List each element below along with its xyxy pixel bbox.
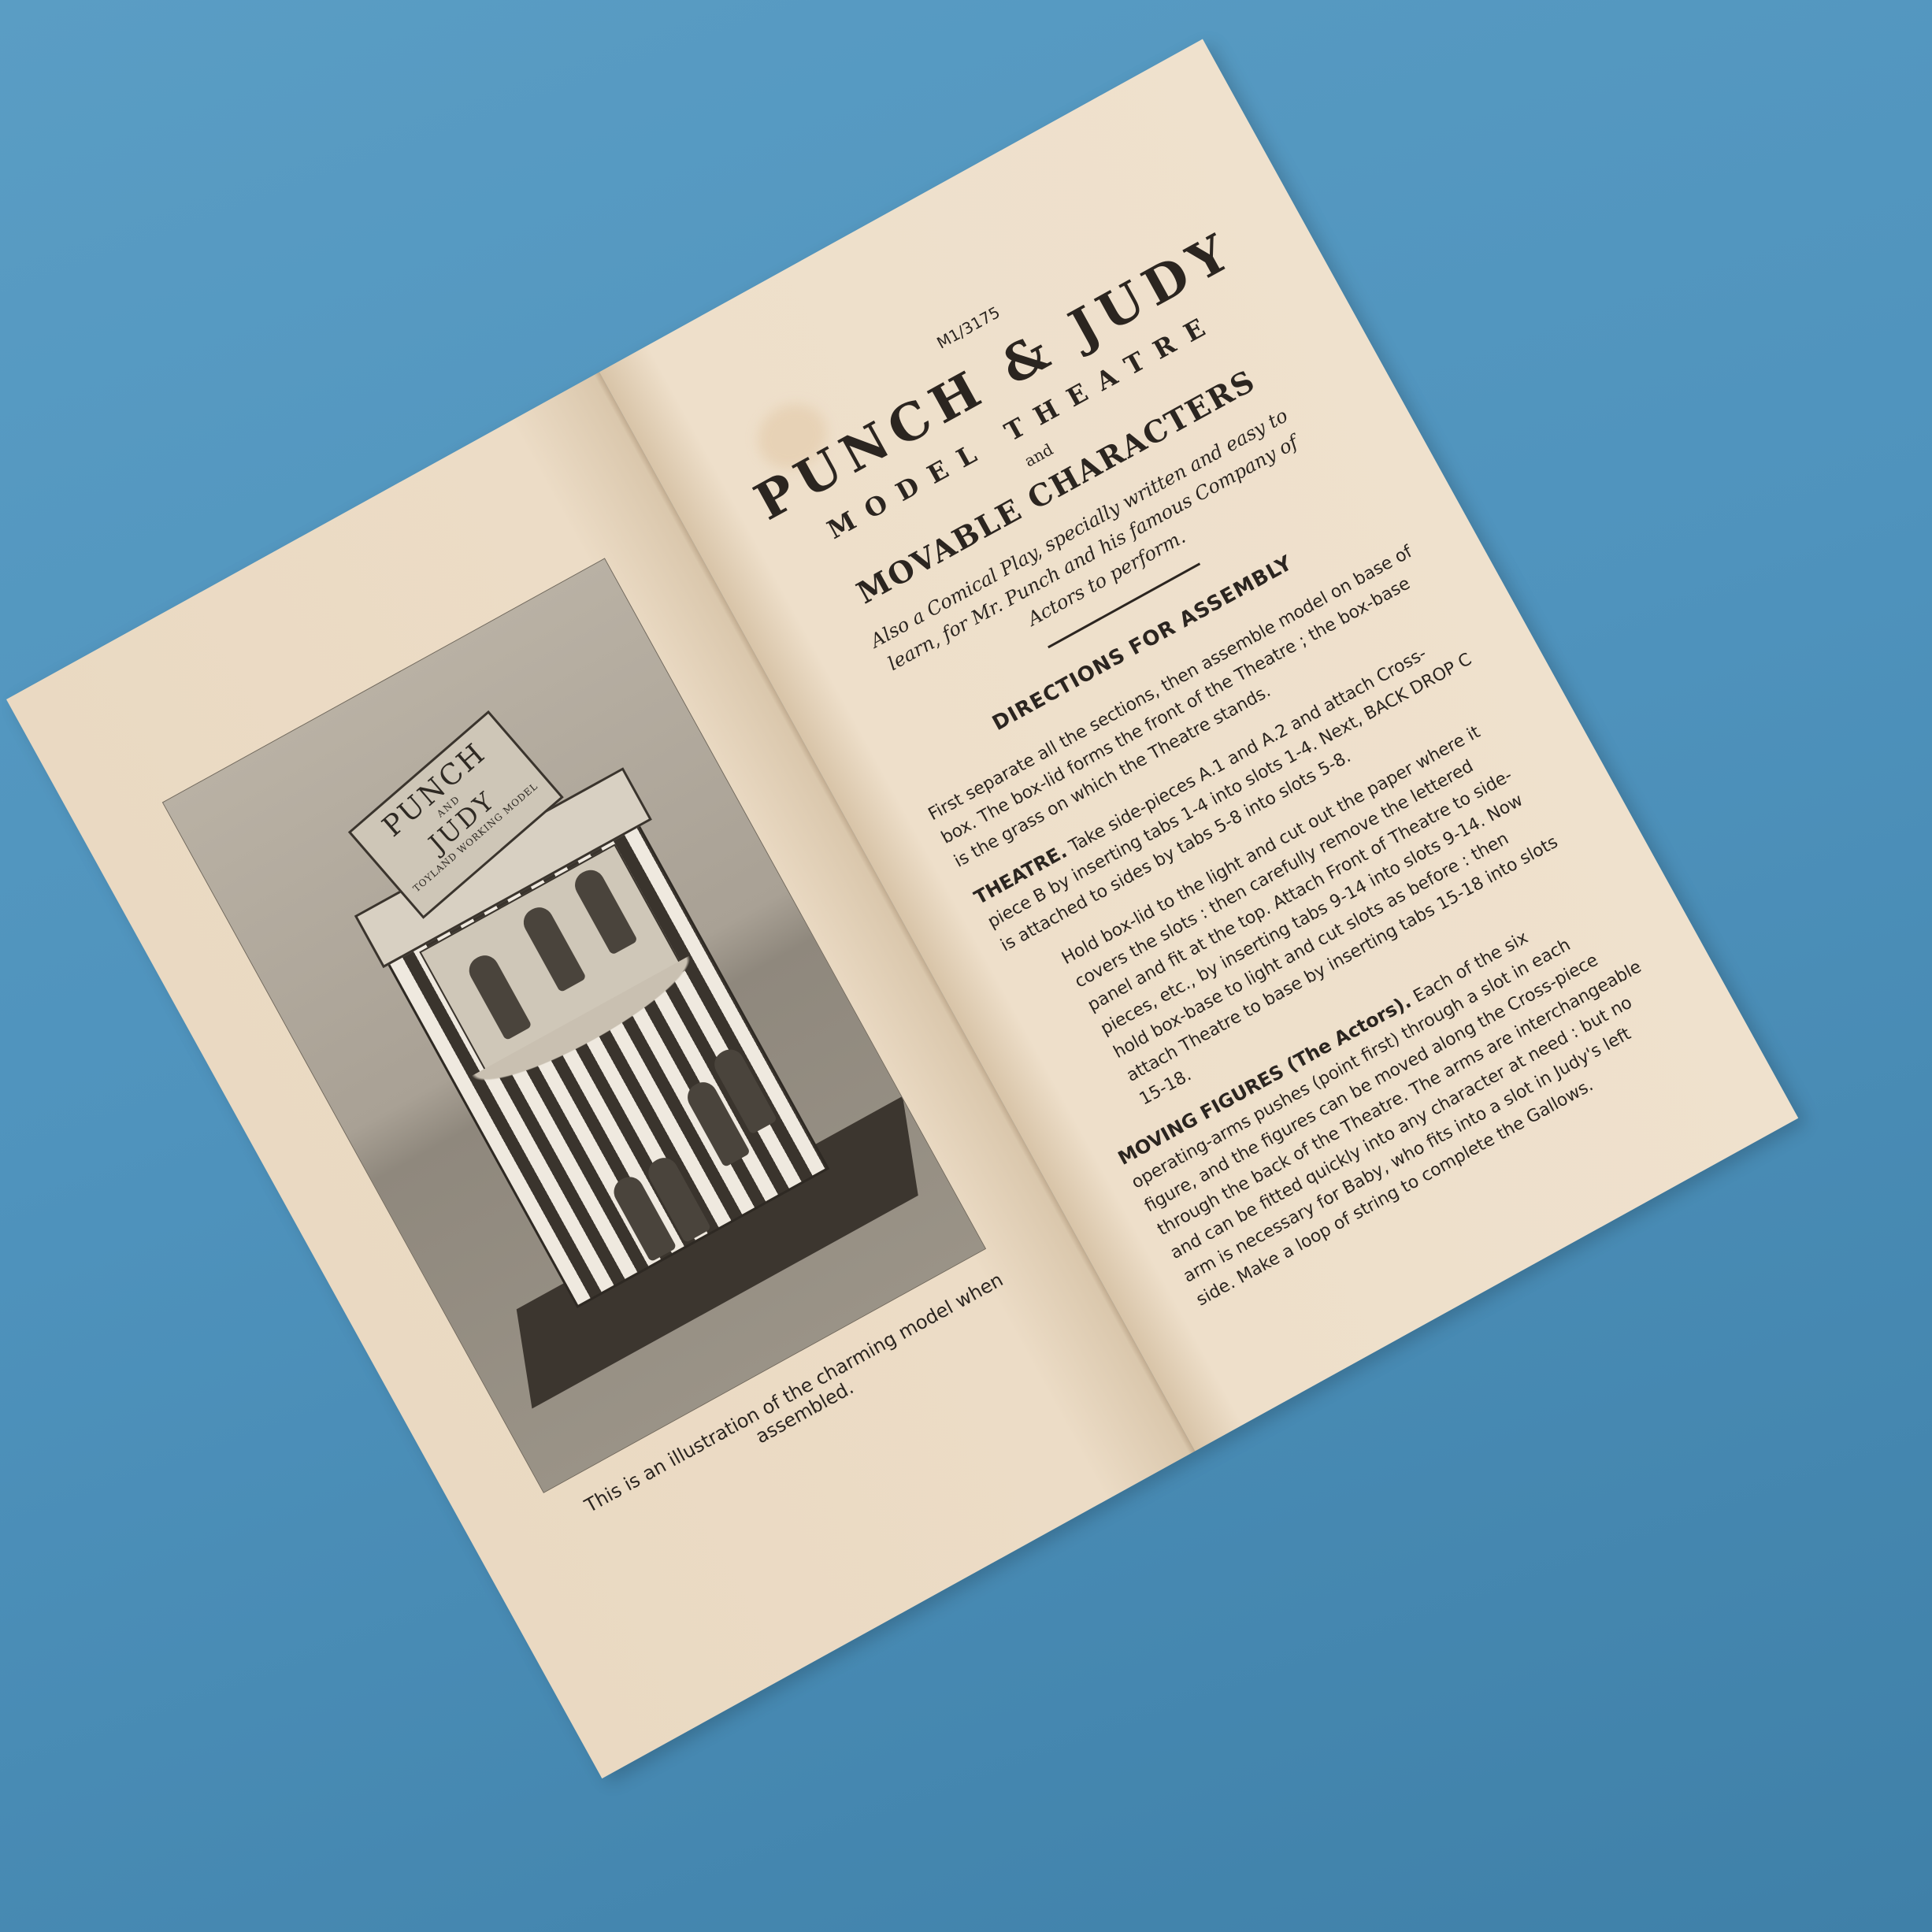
dog-figure — [570, 865, 638, 955]
booklet: PUNCH AND JUDY TOYLAND WORKING MODEL Thi… — [6, 39, 1798, 1779]
punch-figure — [464, 951, 532, 1041]
policeman-figure — [518, 903, 586, 993]
